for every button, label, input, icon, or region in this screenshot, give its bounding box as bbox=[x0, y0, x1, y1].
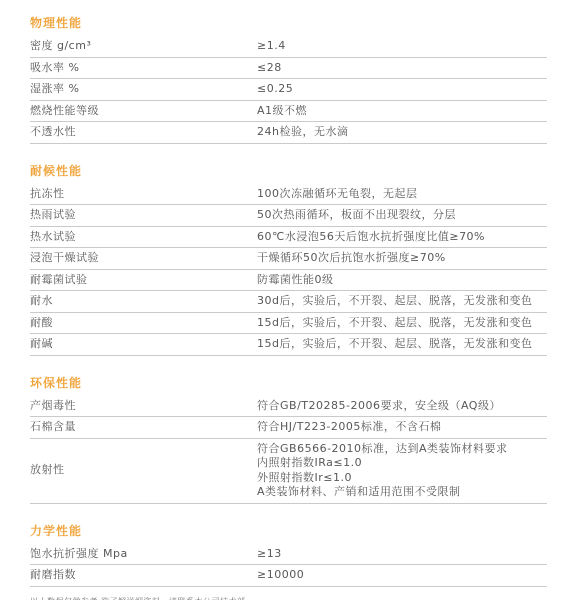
table-row: 热雨试验50次热雨循环，板面不出现裂纹，分层 bbox=[30, 205, 547, 227]
table-row: 石棉含量符合HJ/T223-2005标准，不含石棉 bbox=[30, 417, 547, 439]
table-row: 抗冻性100次冻融循环无龟裂，无起层 bbox=[30, 184, 547, 206]
row-value-line: ≥13 bbox=[257, 547, 547, 562]
row-value: ≥10000 bbox=[257, 568, 547, 583]
row-value: 15d后，实验后，不开裂、起层、脱落，无发涨和变色 bbox=[257, 337, 547, 352]
row-value-line: 干燥循环50次后抗饱水折强度≥70% bbox=[257, 251, 547, 266]
table-row: 湿涨率 %≤0.25 bbox=[30, 79, 547, 101]
row-value: 干燥循环50次后抗饱水折强度≥70% bbox=[257, 251, 547, 266]
row-label: 湿涨率 % bbox=[30, 82, 257, 97]
row-value: ≥13 bbox=[257, 547, 547, 562]
row-label: 热水试验 bbox=[30, 230, 257, 245]
table-row: 放射性符合GB6566-2010标准，达到A类装饰材料要求内照射指数IRa≤1.… bbox=[30, 439, 547, 504]
row-label: 密度 g/cm³ bbox=[30, 39, 257, 54]
section-title: 耐候性能 bbox=[30, 164, 547, 179]
table-row: 密度 g/cm³≥1.4 bbox=[30, 36, 547, 58]
row-label: 石棉含量 bbox=[30, 420, 257, 435]
row-value-line: 50次热雨循环，板面不出现裂纹，分层 bbox=[257, 208, 547, 223]
spec-section: 耐候性能抗冻性100次冻融循环无龟裂，无起层热雨试验50次热雨循环，板面不出现裂… bbox=[30, 164, 547, 356]
row-value-line: 防霉菌性能0级 bbox=[257, 273, 547, 288]
section-title: 物理性能 bbox=[30, 16, 547, 31]
row-value: ≤0.25 bbox=[257, 82, 547, 97]
row-label: 耐磨指数 bbox=[30, 568, 257, 583]
table-row: 耐霉菌试验防霉菌性能0级 bbox=[30, 270, 547, 292]
row-value: 符合GB6566-2010标准，达到A类装饰材料要求内照射指数IRa≤1.0外照… bbox=[257, 442, 547, 500]
row-value-line: 符合GB6566-2010标准，达到A类装饰材料要求 bbox=[257, 442, 547, 457]
footnote: 以上数据仅做参考,欲了解详细资料、请联系本公司技术部。 bbox=[30, 596, 547, 600]
spec-table: 物理性能密度 g/cm³≥1.4吸水率 %≤28湿涨率 %≤0.25燃烧性能等级… bbox=[30, 16, 547, 587]
row-value-line: ≥10000 bbox=[257, 568, 547, 583]
table-row: 耐酸15d后，实验后，不开裂、起层、脱落，无发涨和变色 bbox=[30, 313, 547, 335]
table-row: 浸泡干燥试验干燥循环50次后抗饱水折强度≥70% bbox=[30, 248, 547, 270]
table-row: 饱水抗折强度 Mpa≥13 bbox=[30, 544, 547, 566]
table-row: 耐碱15d后，实验后，不开裂、起层、脱落，无发涨和变色 bbox=[30, 334, 547, 356]
row-value: 符合HJ/T223-2005标准，不含石棉 bbox=[257, 420, 547, 435]
table-row: 不透水性24h检验，无水滴 bbox=[30, 122, 547, 144]
row-value: ≥1.4 bbox=[257, 39, 547, 54]
row-value-line: A1级不燃 bbox=[257, 104, 547, 119]
table-row: 燃烧性能等级A1级不燃 bbox=[30, 101, 547, 123]
row-value-line: 符合GB/T20285-2006要求，安全级（AQ级） bbox=[257, 399, 547, 414]
row-label: 耐霉菌试验 bbox=[30, 273, 257, 288]
spec-section: 物理性能密度 g/cm³≥1.4吸水率 %≤28湿涨率 %≤0.25燃烧性能等级… bbox=[30, 16, 547, 144]
table-row: 吸水率 %≤28 bbox=[30, 58, 547, 80]
row-label: 耐碱 bbox=[30, 337, 257, 352]
row-value-line: A类装饰材料、产销和适用范围不受限制 bbox=[257, 485, 547, 500]
row-value: ≤28 bbox=[257, 61, 547, 76]
row-label: 耐水 bbox=[30, 294, 257, 309]
row-value-line: 符合HJ/T223-2005标准，不含石棉 bbox=[257, 420, 547, 435]
row-label: 燃烧性能等级 bbox=[30, 104, 257, 119]
row-label: 吸水率 % bbox=[30, 61, 257, 76]
table-row: 耐水30d后，实验后，不开裂、起层、脱落，无发涨和变色 bbox=[30, 291, 547, 313]
row-value: 24h检验，无水滴 bbox=[257, 125, 547, 140]
table-row: 耐磨指数≥10000 bbox=[30, 565, 547, 587]
row-label: 浸泡干燥试验 bbox=[30, 251, 257, 266]
row-value-line: 内照射指数IRa≤1.0 bbox=[257, 456, 547, 471]
row-value-line: 100次冻融循环无龟裂，无起层 bbox=[257, 187, 547, 202]
row-label: 产烟毒性 bbox=[30, 399, 257, 414]
row-value: 60℃水浸泡56天后饱水抗折强度比值≥70% bbox=[257, 230, 547, 245]
row-value-line: ≥1.4 bbox=[257, 39, 547, 54]
row-label: 放射性 bbox=[30, 463, 257, 478]
spec-sheet: 物理性能密度 g/cm³≥1.4吸水率 %≤28湿涨率 %≤0.25燃烧性能等级… bbox=[0, 0, 574, 600]
row-value-line: ≤28 bbox=[257, 61, 547, 76]
row-value-line: 外照射指数Ir≤1.0 bbox=[257, 471, 547, 486]
spec-section: 力学性能饱水抗折强度 Mpa≥13耐磨指数≥10000 bbox=[30, 524, 547, 587]
row-label: 耐酸 bbox=[30, 316, 257, 331]
row-label: 饱水抗折强度 Mpa bbox=[30, 547, 257, 562]
section-title: 环保性能 bbox=[30, 376, 547, 391]
row-label: 不透水性 bbox=[30, 125, 257, 140]
row-value: A1级不燃 bbox=[257, 104, 547, 119]
row-value-line: 15d后，实验后，不开裂、起层、脱落，无发涨和变色 bbox=[257, 337, 547, 352]
table-row: 产烟毒性符合GB/T20285-2006要求，安全级（AQ级） bbox=[30, 396, 547, 418]
spec-section: 环保性能产烟毒性符合GB/T20285-2006要求，安全级（AQ级）石棉含量符… bbox=[30, 376, 547, 504]
row-value: 50次热雨循环，板面不出现裂纹，分层 bbox=[257, 208, 547, 223]
row-value-line: 30d后，实验后，不开裂、起层、脱落，无发涨和变色 bbox=[257, 294, 547, 309]
row-value-line: 24h检验，无水滴 bbox=[257, 125, 547, 140]
row-label: 热雨试验 bbox=[30, 208, 257, 223]
row-value-line: 15d后，实验后，不开裂、起层、脱落，无发涨和变色 bbox=[257, 316, 547, 331]
row-value: 防霉菌性能0级 bbox=[257, 273, 547, 288]
row-value-line: ≤0.25 bbox=[257, 82, 547, 97]
table-row: 热水试验60℃水浸泡56天后饱水抗折强度比值≥70% bbox=[30, 227, 547, 249]
row-value-line: 60℃水浸泡56天后饱水抗折强度比值≥70% bbox=[257, 230, 547, 245]
section-title: 力学性能 bbox=[30, 524, 547, 539]
row-value: 100次冻融循环无龟裂，无起层 bbox=[257, 187, 547, 202]
row-value: 符合GB/T20285-2006要求，安全级（AQ级） bbox=[257, 399, 547, 414]
row-value: 30d后，实验后，不开裂、起层、脱落，无发涨和变色 bbox=[257, 294, 547, 309]
row-value: 15d后，实验后，不开裂、起层、脱落，无发涨和变色 bbox=[257, 316, 547, 331]
row-label: 抗冻性 bbox=[30, 187, 257, 202]
